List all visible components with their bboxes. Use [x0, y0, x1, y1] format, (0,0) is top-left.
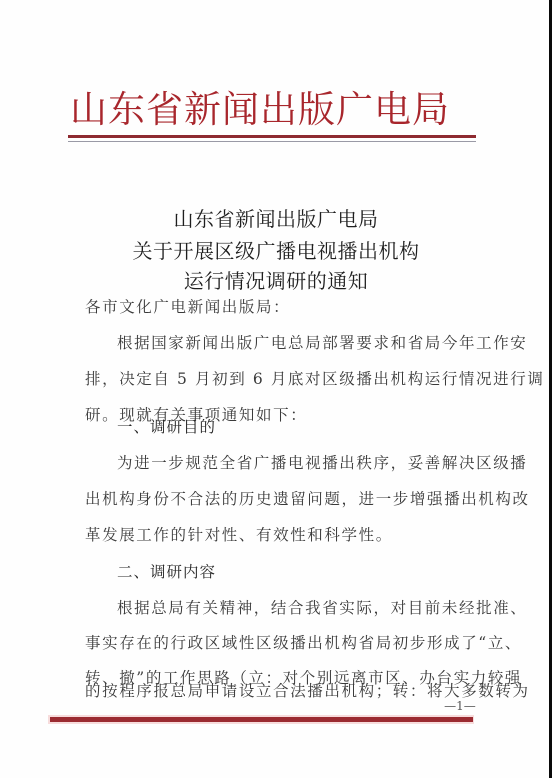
paragraph-line: 事实存在的行政区域性区级播出机构省局初步形成了“立、 [85, 632, 475, 654]
document-title-line-3: 运行情况调研的通知 [0, 268, 552, 294]
paragraph-line: 根据总局有关精神，结合我省实际，对目前未经批准、 [117, 597, 475, 619]
letterhead-org-name: 山东省新闻出版广电局 [70, 88, 480, 132]
page-number: —1— [440, 698, 480, 714]
letterhead-red-rule [68, 135, 476, 138]
letterhead-thin-rule [68, 141, 476, 142]
document-title-line-2: 关于开展区级广播电视播出机构 [0, 238, 552, 264]
section-heading-purpose: 一、调研目的 [117, 416, 216, 438]
salutation: 各市文化广电新闻出版局： [85, 296, 475, 318]
section-heading-content: 二、调研内容 [117, 561, 216, 583]
paragraph-line: 出机构身份不合法的历史遗留问题，进一步增强播出机构改 [85, 488, 475, 510]
paragraph-line: 革发展工作的针对性、有效性和科学性。 [85, 524, 475, 546]
paragraph-line: 根据国家新闻出版广电总局部署要求和省局今年工作安 [117, 332, 475, 354]
document-title-line-1: 山东省新闻出版广电局 [0, 206, 552, 232]
document-page: 山东省新闻出版广电局 山东省新闻出版广电局 关于开展区级广播电视播出机构 运行情… [0, 0, 549, 778]
footer-red-rule [50, 717, 473, 722]
paragraph-line: 的按程序报总局申请设立合法播出机构；转：将大多数转为 [85, 680, 475, 702]
paragraph-line: 为进一步规范全省广播电视播出秩序，妥善解决区级播 [117, 452, 475, 474]
paragraph-line: 排，决定自 5 月初到 6 月底对区级播出机构运行情况进行调 [85, 368, 475, 390]
